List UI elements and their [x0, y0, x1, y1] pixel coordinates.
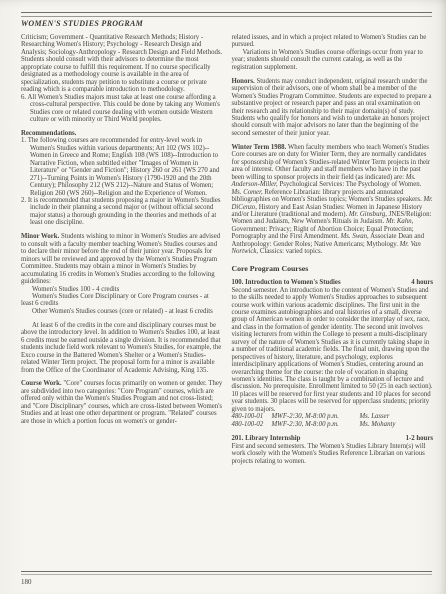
guideline-core: Women's Studies Core Disciplinary or Cor…	[21, 293, 223, 308]
course-entry-100: 100. Introduction to Women's Studies4 ho…	[232, 279, 434, 428]
recommendation-1-marker: 1.	[21, 137, 26, 144]
minor-work-paragraph: Minor Work. Students wishing to minor in…	[21, 233, 223, 285]
section-instructor: Ms. Lasser	[360, 413, 390, 420]
guideline-other: Other Women's Studies courses (core or r…	[21, 308, 223, 315]
honors-lead: Honors.	[232, 78, 255, 85]
page-header: WOMEN'S STUDIES PROGRAM	[21, 12, 432, 28]
paragraph-continuation: related issues, and in which a project r…	[232, 34, 434, 49]
list-item-6: 6. All Women's Studies majors must take …	[21, 94, 223, 124]
section-time: MWF-2:30, M-8:00 p.m.	[272, 413, 360, 420]
header-rule	[21, 12, 432, 17]
list-item-6-marker: 6.	[21, 94, 26, 101]
winter-term-paragraph: Winter Term 1988. When faculty members w…	[232, 144, 434, 256]
section-code: 480-100-02	[232, 421, 272, 428]
honors-paragraph: Honors. Students may conduct independent…	[232, 78, 434, 138]
course-100-description: Second semester. An introduction to the …	[232, 287, 434, 414]
minor-work-text: Students wishing to minor in Women's Stu…	[21, 233, 220, 285]
section-time: MWF-2:30, M-8:00 p.m.	[272, 421, 360, 428]
guideline-ws100: Women's Studies 100 - 4 credits	[21, 286, 223, 293]
recommendation-2-marker: 2.	[21, 197, 26, 204]
recommendation-item-1: 1. The following courses are recommended…	[21, 137, 223, 197]
course-100-section-1: 480-100-01MWF-2:30, M-8:00 p.m.Ms. Lasse…	[232, 413, 434, 420]
credits-paragraph: At least 6 of the credits in the core an…	[21, 322, 223, 374]
paragraph-methodology: Criticism; Government - Quantitative Res…	[21, 34, 223, 94]
course-work-text: "Core" courses focus primarily on women …	[21, 380, 222, 424]
course-work-lead: Course Work.	[21, 380, 62, 387]
course-201-hours: 1-2 hours	[406, 435, 433, 442]
recommendations-heading: Recommendations.	[21, 130, 223, 137]
course-entry-201: 201. Library Internship1-2 hours First a…	[232, 435, 434, 465]
course-201-heading: 201. Library Internship1-2 hours	[232, 435, 434, 442]
course-100-title: 100. Introduction to Women's Studies	[232, 279, 341, 286]
minor-work-lead: Minor Work.	[21, 233, 59, 240]
course-work-paragraph: Course Work. "Core" courses focus primar…	[21, 380, 223, 425]
course-100-section-2: 480-100-02MWF-2:30, M-8:00 p.m.Ms. Mohan…	[232, 421, 434, 428]
recommendation-item-2: 2. It is recommended that students propo…	[21, 197, 223, 227]
section-code: 480-100-01	[232, 413, 272, 420]
right-column: related issues, and in which a project r…	[232, 34, 434, 564]
recommendation-2-text: It is recommended that students proposin…	[28, 197, 221, 226]
page-title: WOMEN'S STUDIES PROGRAM	[21, 19, 432, 28]
left-column: Criticism; Government - Quantitative Res…	[21, 34, 223, 564]
text-columns: Criticism; Government - Quantitative Res…	[21, 34, 433, 564]
list-item-6-text: All Women's Studies majors must take at …	[27, 94, 220, 123]
honors-text: Students may conduct independent, origin…	[232, 78, 432, 137]
course-201-title: 201. Library Internship	[232, 435, 301, 442]
course-100-heading: 100. Introduction to Women's Studies4 ho…	[232, 279, 434, 286]
section-instructor: Ms. Mohanty	[360, 421, 396, 428]
variations-paragraph: Variations in Women's Studies course off…	[232, 49, 434, 71]
page-footer: 180	[21, 571, 432, 586]
page-number: 180	[21, 578, 432, 586]
course-100-hours: 4 hours	[411, 279, 433, 286]
course-201-description: First and second semesters. The Women's …	[232, 443, 434, 465]
footer-rule	[21, 571, 432, 575]
core-program-courses-heading: Core Program Courses	[232, 265, 434, 272]
catalog-page: WOMEN'S STUDIES PROGRAM Criticism; Gover…	[0, 0, 446, 594]
recommendation-1-text: The following courses are recommended fo…	[28, 137, 220, 196]
